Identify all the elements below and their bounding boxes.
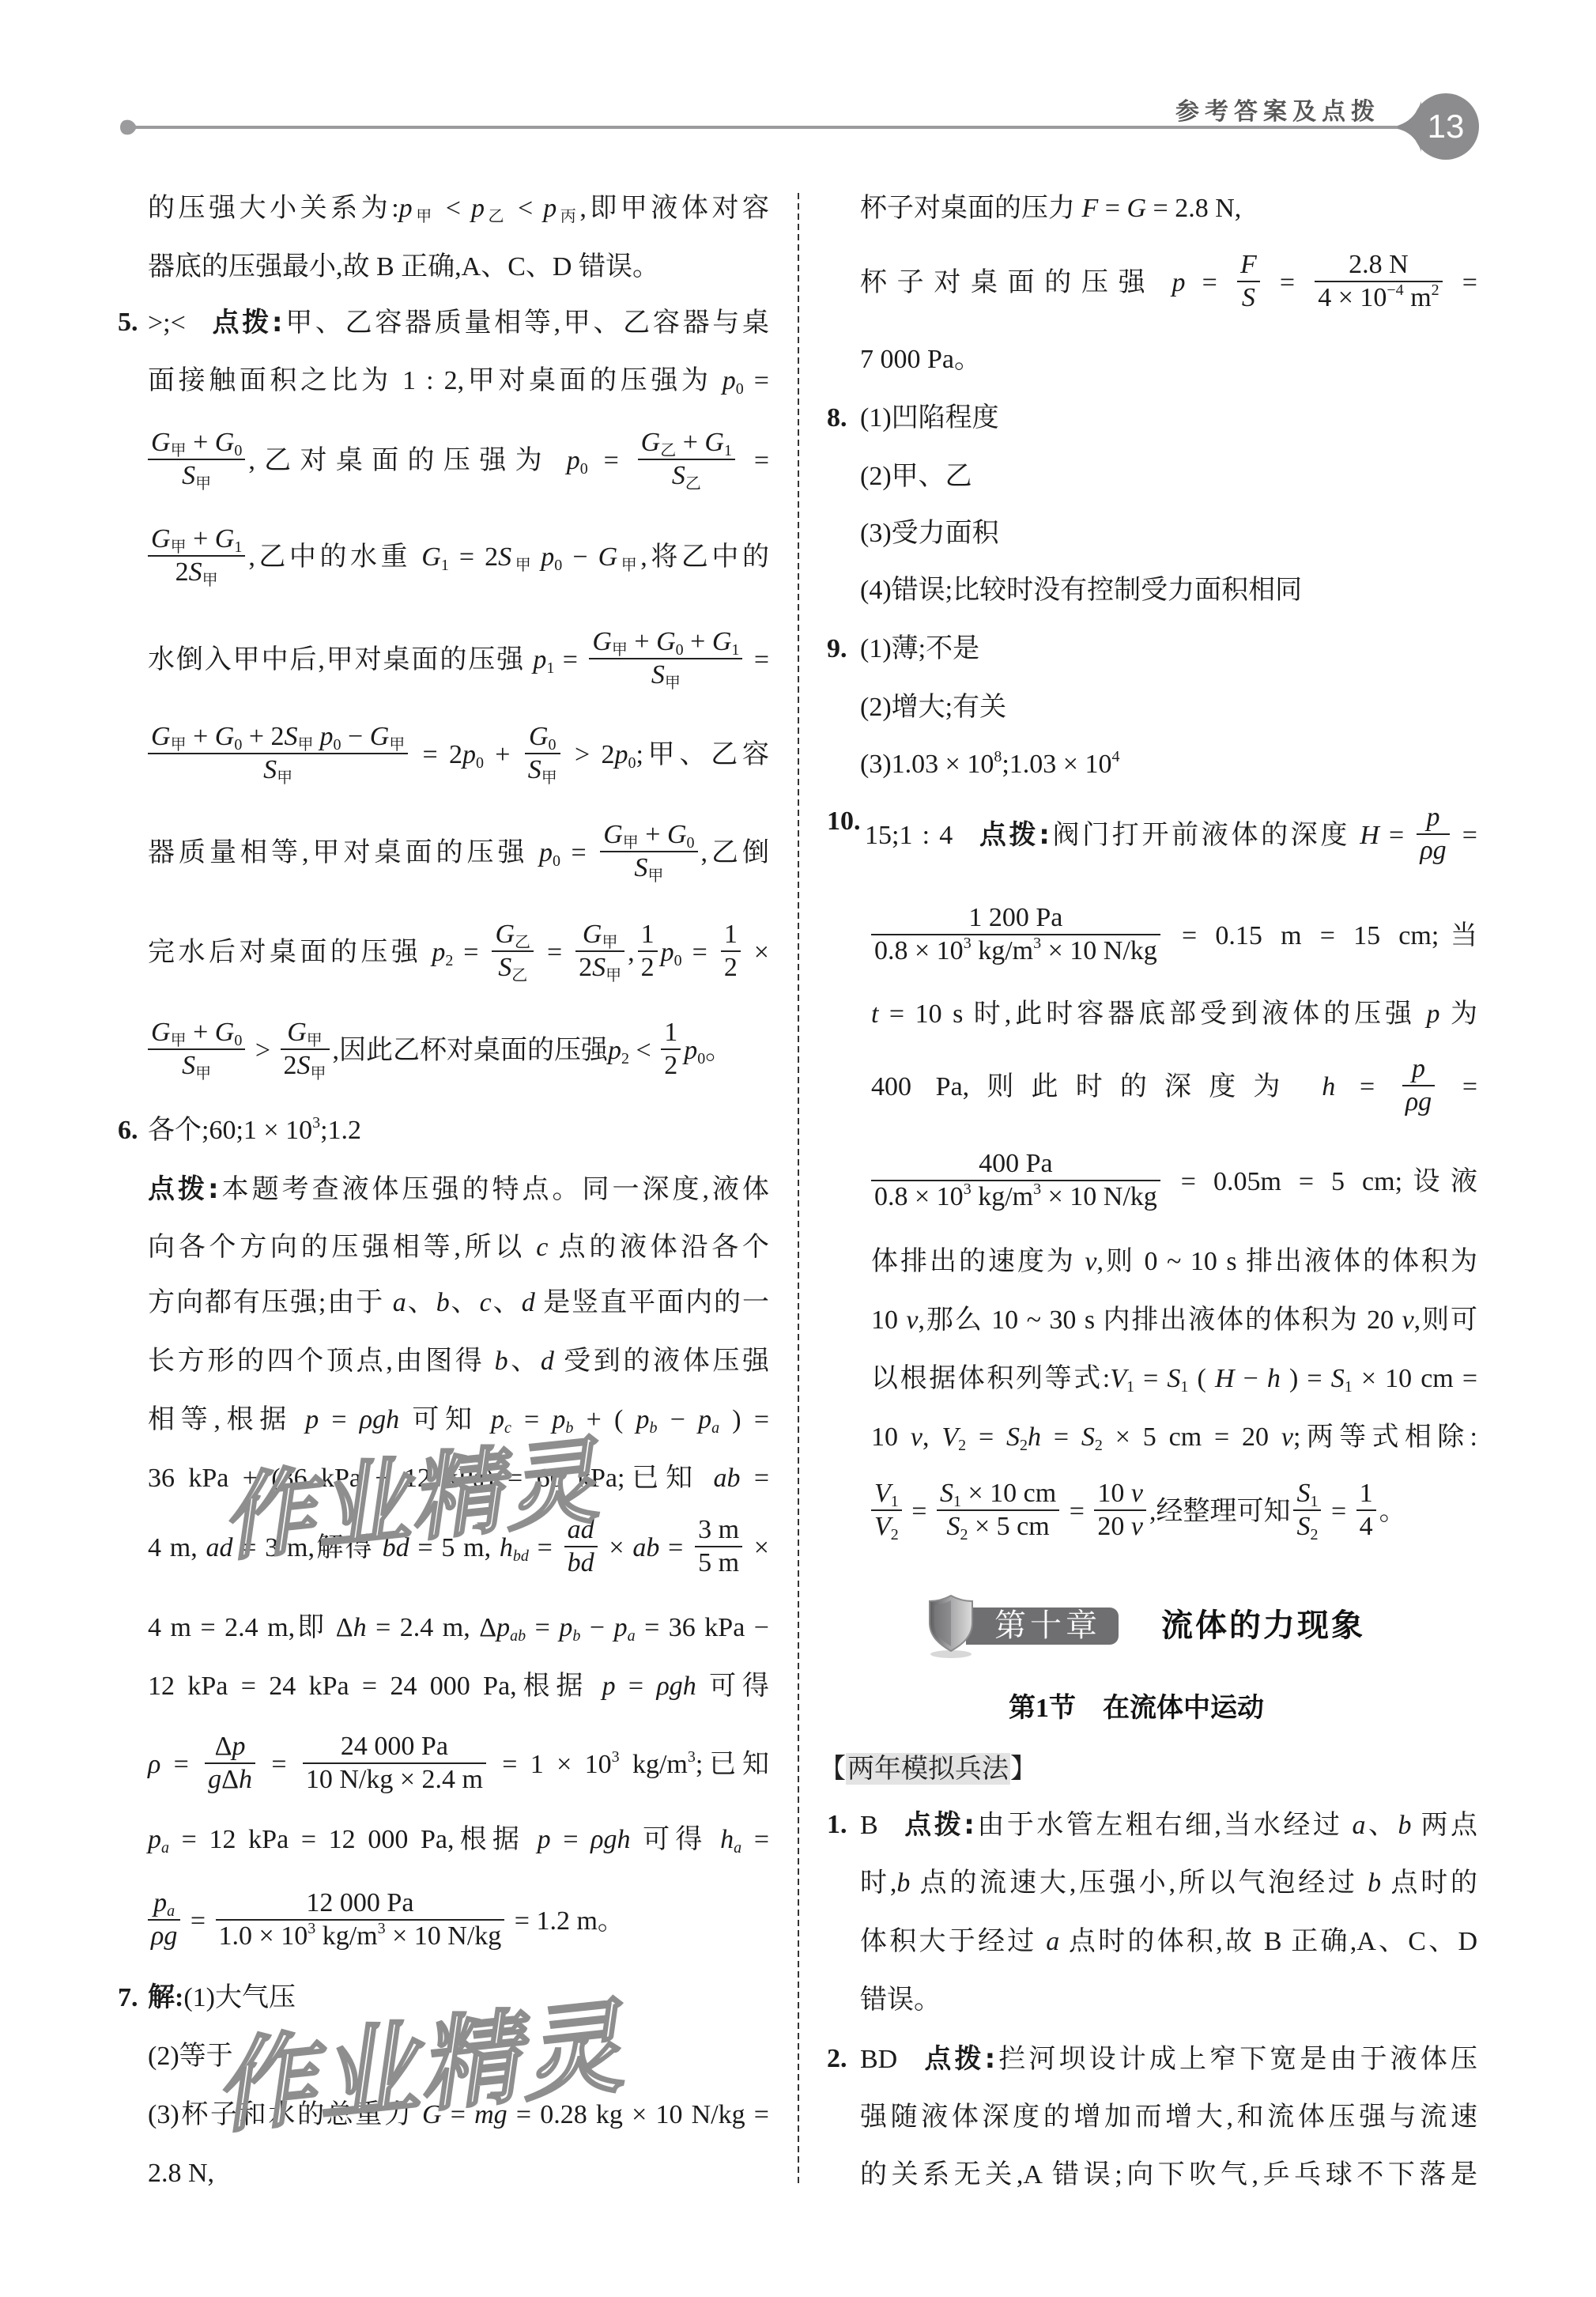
math-var: c: [480, 1288, 492, 1317]
subscript: 1: [724, 442, 732, 459]
math-var: p: [148, 1825, 161, 1854]
shield-icon: [925, 1592, 977, 1659]
answer-line-q5: 5.>;<点拨:甲、乙容器质量相等,甲、乙容器与桌: [148, 303, 769, 343]
text: =: [526, 1613, 559, 1642]
math-var: p: [305, 1405, 319, 1434]
fraction: ΔpgΔh: [205, 1731, 255, 1796]
numerator: G甲 + G0 + 2S甲p0 − G甲: [148, 721, 408, 754]
text: ,则可: [1414, 1305, 1477, 1335]
text: =: [1324, 1497, 1353, 1526]
math-var: ab: [713, 1464, 740, 1493]
text: ,即甲液体对容: [579, 194, 769, 223]
superscript: 3: [964, 935, 972, 952]
math-var: G: [215, 428, 235, 457]
math-var: v: [906, 1305, 918, 1335]
superscript: 3: [612, 1748, 620, 1766]
math-var: V: [874, 1479, 891, 1508]
subscript: 甲: [202, 572, 218, 589]
answer: >;<: [148, 308, 186, 338]
subscript: 0: [674, 952, 682, 969]
text: = 2.4 m, Δ: [367, 1613, 497, 1642]
text: =: [160, 1750, 202, 1779]
question-number: 10.: [827, 802, 861, 841]
text: ,乙中的水重: [248, 542, 421, 572]
text: = 0.28 kg × 10 N/kg =: [507, 2100, 769, 2129]
answer-line: 体积大于经过 a 点时的体积,故 B 正确,A、C、D: [860, 1922, 1477, 1962]
denominator: 1.0 × 103 kg/m3 × 10 N/kg: [216, 1921, 505, 1952]
math-var: S: [592, 953, 606, 982]
numerator: p: [1417, 802, 1449, 835]
math-var: h: [239, 1765, 252, 1794]
text: 1: [1360, 1479, 1373, 1508]
text: = 2: [449, 542, 498, 572]
fraction: 1 200 Pa0.8 × 103 kg/m3 × 10 N/kg: [871, 902, 1160, 967]
math-var: S: [263, 755, 277, 784]
math-var: v: [1131, 1512, 1143, 1541]
answer-line: 水倒入甲中后,甲对桌面的压强 p1 = G甲 + G0 + G1S甲 =: [148, 626, 769, 691]
text: =: [453, 938, 489, 967]
text: 4 m = 2.4 m,即 Δ: [148, 1613, 353, 1642]
text: −: [341, 722, 370, 751]
text: 、: [508, 1347, 541, 1376]
answer-line: 错误。: [860, 1981, 1477, 2020]
fraction: paρg: [148, 1887, 180, 1952]
math-var: mg: [474, 2100, 507, 2129]
answer-line: 相等,根据 p = ρgh 可知 pc = pb + ( pb − pa ) =: [148, 1400, 769, 1440]
subscript: 甲: [195, 475, 211, 493]
math-var: S: [1006, 1422, 1020, 1452]
subscript: 1: [1345, 1378, 1353, 1396]
math-var: p: [636, 1405, 650, 1434]
math-var: p: [559, 1613, 572, 1642]
text: ×: [745, 1533, 769, 1562]
fraction: 12: [721, 919, 741, 984]
subscript: ab: [510, 1627, 526, 1645]
math-var: G: [656, 627, 676, 656]
question-number: 5.: [118, 303, 138, 342]
fraction: 12 000 Pa1.0 × 103 kg/m3 × 10 N/kg: [216, 1887, 505, 1952]
subscript: 1: [441, 557, 449, 574]
math-var: a: [393, 1288, 406, 1317]
text: 。: [1379, 1497, 1406, 1526]
fraction: FS: [1237, 249, 1260, 314]
math-var: G: [712, 627, 732, 656]
text: <: [629, 1036, 658, 1065]
answer-line: 4 m, ad = 3 m,解得 bd = 5 m, hbd = adbd × …: [148, 1514, 769, 1579]
subscript: 0: [554, 557, 562, 574]
math-var: G: [592, 627, 612, 656]
denominator: ρg: [148, 1921, 180, 1952]
math-var: p: [684, 1036, 697, 1065]
text: 0.8 × 10: [874, 1182, 964, 1211]
hint-label: 点拨:: [209, 307, 283, 338]
subscript: 乙: [511, 967, 527, 984]
text: 点时的: [1381, 1868, 1477, 1898]
text: =: [551, 1825, 591, 1854]
math-var: p: [614, 740, 628, 769]
subscript: a: [711, 1419, 719, 1437]
math-var: G: [370, 722, 390, 751]
denominator: S: [1237, 282, 1260, 314]
answer-line: 面接触面积之比为 1 : 2,甲对桌面的压强为 p0 =: [148, 361, 769, 401]
text: 1: [664, 1018, 677, 1047]
text: =: [740, 1464, 769, 1493]
text: 、: [450, 1288, 480, 1317]
text: 的关系无关,A 错误;向下吹气,乒乓球不下落是: [860, 2160, 1477, 2189]
subscript: 甲: [665, 674, 681, 692]
math-var: v: [1402, 1305, 1414, 1335]
numerator: 3 m: [695, 1514, 742, 1547]
math-var: V: [941, 1422, 958, 1452]
subscript: 甲: [647, 867, 663, 885]
text: 面接触面积之比为 1 : 2,甲对桌面的压强为: [148, 366, 723, 395]
text: =: [1379, 821, 1414, 850]
subscript: 0: [697, 1050, 705, 1067]
denominator: 0.8 × 103 kg/m3 × 10 N/kg: [871, 1181, 1160, 1213]
math-var: b: [1398, 1811, 1411, 1840]
math-var: G: [215, 722, 235, 751]
fraction: S1S2: [1293, 1478, 1321, 1543]
math-var: G: [598, 542, 618, 572]
math-var: h: [1028, 1422, 1041, 1452]
math-var: G: [1126, 194, 1146, 223]
text: 、: [1365, 1811, 1398, 1840]
answer-line: 时,b 点的流速大,压强小,所以气泡经过 b 点时的: [860, 1864, 1477, 1903]
math-var: p: [539, 838, 553, 867]
math-var: G: [215, 1018, 235, 1047]
text: 以根据体积列等式:: [871, 1364, 1110, 1393]
math-var: S: [528, 755, 541, 784]
math-var: a: [1352, 1811, 1365, 1840]
subscript: 甲: [617, 557, 640, 574]
text: 的压强大小关系为:: [148, 194, 399, 223]
text: 。: [705, 1036, 732, 1065]
math-var: a: [1046, 1927, 1059, 1956]
math-var: G: [667, 820, 687, 849]
numerator: S1: [1293, 1478, 1321, 1511]
subscript: 乙: [515, 934, 530, 951]
answer-line: 完水后对桌面的压强 p2 = G乙S乙 = G甲2S甲,12p0 = 12 ×: [148, 919, 769, 984]
numerator: V1: [871, 1478, 902, 1511]
math-var: S: [672, 461, 685, 490]
math-var: ρ: [148, 1750, 160, 1779]
text: =: [183, 1906, 212, 1936]
text: ;甲、乙容: [636, 740, 769, 769]
section-title: 第1节 在流体中运动: [1009, 1690, 1264, 1728]
math-var: S: [1167, 1364, 1180, 1393]
denominator: S2 × 5 cm: [937, 1511, 1059, 1543]
math-var: p: [614, 1613, 628, 1642]
text: 点的液体沿各个: [548, 1233, 769, 1262]
numerator: G甲 + G0 + G1: [589, 626, 742, 659]
text: +: [639, 820, 667, 849]
answer: B: [860, 1811, 878, 1840]
text: 0.8 × 10: [874, 936, 964, 965]
numerator: G甲: [281, 1017, 330, 1050]
text: × 10 N/kg: [386, 1921, 502, 1951]
fraction: G甲 + G0S甲: [600, 819, 697, 884]
subscript: 1: [234, 538, 242, 556]
math-var: S: [1081, 1422, 1095, 1452]
math-var: p: [496, 1613, 510, 1642]
answer-line-q1: 1.B点拨:由于水管左粗右细,当水经过 a、b 两点: [860, 1805, 1477, 1846]
text: 400 Pa,则此时的深度为: [871, 1072, 1322, 1101]
subscript: 0: [234, 736, 242, 754]
math-var: p: [153, 1888, 167, 1917]
denominator: 4: [1356, 1511, 1376, 1543]
text: 水倒入甲中后,甲对桌面的压强: [148, 645, 533, 674]
text: ,因此乙杯对桌面的压强: [333, 1036, 609, 1065]
answer-line: 方向都有压强;由于 a、b、c、d 是竖直平面内的一: [148, 1283, 769, 1323]
text: +: [187, 1018, 215, 1047]
math-var: F: [1082, 194, 1099, 223]
math-var: ad: [568, 1515, 594, 1544]
answer-line: 长方形的四个顶点,由图得 b、d 受到的液体压强: [148, 1342, 769, 1381]
subscript: 甲: [413, 208, 436, 225]
math-var: V: [874, 1512, 891, 1541]
denominator: 0.8 × 103 kg/m3 × 10 N/kg: [871, 935, 1160, 967]
text: 400 Pa: [979, 1149, 1053, 1178]
fraction: pρg: [1417, 802, 1449, 867]
answer-line: 器底的压强最小,故 B 正确,A、C、D 错误。: [148, 247, 769, 287]
denominator: S2: [1293, 1511, 1321, 1543]
denominator: 2S甲: [281, 1050, 330, 1082]
text: =: [682, 938, 718, 967]
math-var: ab: [632, 1533, 659, 1562]
math-var: F: [1240, 250, 1257, 279]
text: 5 m: [698, 1548, 739, 1577]
subscript: 甲: [311, 1065, 326, 1082]
text: 2: [641, 953, 655, 982]
denominator: 2: [661, 1050, 681, 1082]
math-var: p: [471, 194, 485, 223]
math-var: p: [698, 1405, 711, 1434]
text: =: [511, 1405, 553, 1434]
text: −: [562, 542, 598, 572]
subscript: 0: [476, 754, 484, 772]
math-var: S: [297, 1051, 311, 1080]
subscript: a: [161, 1839, 169, 1857]
subscript: 0: [676, 641, 684, 659]
subscript: 甲: [298, 736, 314, 754]
fraction: adbd: [564, 1514, 598, 1579]
text: (: [1188, 1364, 1215, 1393]
math-var: S: [1331, 1364, 1345, 1393]
answer-line: 点拨:本题考查液体压强的特点。同一深度,液体: [148, 1169, 769, 1210]
text: ;1.03 × 10: [1002, 750, 1111, 779]
denominator: 4 × 10−4 m2: [1315, 282, 1442, 314]
answer-line: G甲 + G0S甲 > G甲2S甲,因此乙杯对桌面的压强p2 < 12p0。: [148, 1017, 769, 1082]
fraction: 12: [638, 919, 658, 984]
math-var: S: [182, 461, 195, 490]
fraction: 10 v20 v: [1094, 1478, 1146, 1543]
subscript: b: [650, 1419, 658, 1437]
math-var: p: [552, 1405, 565, 1434]
text: (3)1.03 × 10: [860, 750, 994, 779]
text: =: [560, 838, 597, 867]
math-var: G: [151, 722, 171, 751]
superscript: 4: [1111, 748, 1119, 765]
answer-line: pa = 12 kPa = 12 000 Pa,根据 p = ρgh 可得 ha…: [148, 1820, 769, 1860]
header-rule: [0, 0, 1596, 182]
text: 、: [406, 1288, 436, 1317]
text: 10 N/kg × 2.4 m: [306, 1765, 483, 1794]
text: (3)受力面积: [860, 519, 999, 548]
fraction: S1 × 10 cmS2 × 5 cm: [937, 1478, 1059, 1543]
text: = 0.05m = 5 cm;设液: [1164, 1167, 1477, 1196]
math-var: b: [896, 1868, 910, 1898]
answer-line: 7 000 Pa。: [860, 340, 1477, 380]
answer-line: 器质量相等,甲对桌面的压强 p0 = G甲 + G0S甲,乙倒: [148, 819, 769, 884]
hint-label: 点拨:: [902, 1809, 975, 1841]
denominator: S甲: [148, 460, 245, 492]
answer-line-q8: 8.(1)凹陷程度: [860, 399, 1477, 438]
text: 20: [1097, 1512, 1131, 1541]
answer: 15;1 : 4: [865, 821, 953, 850]
subscript: 0: [628, 754, 636, 772]
text: =: [588, 446, 635, 475]
math-var: p: [320, 722, 334, 751]
subscript: 甲: [606, 967, 621, 984]
math-var: p: [1412, 1054, 1425, 1083]
math-var: G: [151, 1018, 171, 1047]
text: 错误。: [860, 1985, 941, 2015]
numerator: G甲 + G0: [600, 819, 697, 852]
text: ,乙倒: [701, 838, 770, 867]
subscript: 甲: [612, 641, 628, 659]
text: 各个;60;1 × 10: [148, 1116, 312, 1145]
text: +: [187, 524, 215, 553]
text: =: [442, 2100, 475, 2129]
text: 杯子对桌面的压力: [860, 194, 1082, 223]
text: =: [537, 938, 572, 967]
text: 7 000 Pa。: [860, 345, 981, 374]
answer-line: 的压强大小关系为:p甲 < p乙 < p丙,即甲液体对容: [148, 189, 769, 229]
text: 1.0 × 10: [219, 1921, 308, 1951]
math-var: v: [1281, 1422, 1293, 1452]
subscript: 2: [621, 1050, 629, 1067]
text: ,则 0 ~ 10 s 排出液体的体积为: [1097, 1247, 1477, 1276]
text: 时,: [860, 1868, 896, 1898]
text: m: [1404, 283, 1432, 312]
text: 4 m,: [148, 1533, 206, 1562]
math-var: v: [1131, 1479, 1143, 1508]
text: ,那么 10 ~ 30 s 内排出液体的体积为 20: [919, 1305, 1402, 1335]
subscript: 1: [953, 1493, 961, 1510]
numerator: 12 000 Pa: [216, 1887, 505, 1921]
text: =: [1335, 1072, 1399, 1101]
numerator: 1: [638, 919, 658, 952]
math-var: ρgh: [360, 1405, 399, 1434]
math-var: G: [151, 428, 171, 457]
math-var: S: [285, 722, 298, 751]
text: ;两等式相除:: [1293, 1422, 1477, 1452]
text: 器质量相等,甲对桌面的压强: [148, 838, 539, 867]
math-var: G: [422, 2100, 442, 2129]
subscript: 0: [234, 442, 242, 459]
fraction: G甲 + G0S甲: [148, 427, 245, 492]
math-var: S: [1296, 1479, 1310, 1508]
denominator: 2S甲: [575, 952, 624, 984]
text: 3 m: [698, 1515, 739, 1544]
answer-line: 4 m = 2.4 m,即 Δh = 2.4 m, Δpab = pb − pa…: [148, 1608, 769, 1648]
math-var: p: [232, 1732, 246, 1761]
header-rule-dot: [120, 120, 136, 135]
subscript: a: [734, 1839, 741, 1857]
math-var: G: [641, 428, 661, 457]
subscript: 2: [960, 1526, 968, 1543]
denominator: S甲: [589, 659, 742, 691]
answer-line: 10 v, V2 = S2h = S2 × 5 cm = 20 v;两等式相除:: [871, 1418, 1477, 1457]
text: = 3 m,解得: [233, 1533, 383, 1562]
fraction: G甲 + G0S甲: [148, 1017, 245, 1082]
text: + 2: [242, 722, 284, 751]
math-var: G: [287, 1018, 307, 1047]
subscript: bd: [513, 1547, 529, 1565]
subscript: b: [565, 1419, 573, 1437]
subscript: 0: [553, 852, 560, 870]
subscript: 2: [1310, 1526, 1318, 1543]
answer-line-q9: 9.(1)薄;不是: [860, 629, 1477, 669]
numerator: G乙 + G1: [638, 427, 735, 460]
text: 10: [871, 1305, 906, 1335]
text: +: [628, 627, 656, 656]
text: =: [659, 1533, 692, 1562]
superscript: 3: [312, 1114, 320, 1131]
text: =: [1185, 268, 1234, 297]
fraction: V1V2: [871, 1478, 902, 1543]
text: +: [187, 722, 215, 751]
superscript: 2: [1432, 281, 1439, 299]
page-number: 13: [1413, 107, 1479, 146]
text: =: [966, 1422, 1006, 1452]
text: = 1.2 m。: [507, 1906, 624, 1936]
math-var: h: [500, 1533, 513, 1562]
text: ×: [601, 1533, 633, 1562]
text: 杯子对桌面的压强: [860, 268, 1172, 297]
question-number: 7.: [118, 1978, 138, 2018]
text: =: [258, 1750, 300, 1779]
text: =: [745, 645, 769, 674]
text: −: [580, 1613, 613, 1642]
math-var: g: [208, 1765, 221, 1794]
fraction: pρg: [1402, 1053, 1435, 1118]
fraction: G甲 + G0 + G1S甲: [589, 626, 742, 691]
answer-line: 以根据体积列等式:V1 = S1 ( H − h ) = S1 × 10 cm …: [871, 1359, 1477, 1399]
numerator: G乙: [492, 919, 534, 952]
text: =: [1098, 194, 1126, 223]
answer-line: 12 kPa = 24 kPa = 24 000 Pa,根据 p = ρgh 可…: [148, 1667, 769, 1706]
text: 1: [641, 920, 655, 949]
superscript: −4: [1387, 281, 1403, 299]
text: kg/m: [315, 1921, 377, 1951]
text: = 2.8 N,: [1146, 194, 1241, 223]
answer-line: G甲 + G12S甲,乙中的水重 G1 = 2S甲p0 − G甲,将乙中的: [148, 523, 769, 588]
text: =: [1134, 1364, 1167, 1393]
subscript: 2: [1020, 1437, 1028, 1454]
answer-line: G甲 + G0 + 2S甲p0 − G甲S甲 = 2p0 + G0S甲 > 2p…: [148, 721, 769, 786]
denominator: gΔh: [205, 1764, 255, 1796]
math-var: h: [720, 1825, 734, 1854]
text: 拦河坝设计成上窄下宽是由于液体压: [995, 2045, 1477, 2074]
text: ,将乙中的: [640, 542, 769, 572]
text: = 0.15 m = 15 cm;当: [1164, 921, 1477, 950]
subscript: 甲: [171, 736, 187, 754]
answer-line-q6: 6.各个;60;1 × 103;1.2: [148, 1111, 769, 1150]
chapter-badge: 第十章: [966, 1608, 1119, 1645]
math-var: p: [543, 194, 557, 223]
math-var: v: [1085, 1247, 1096, 1276]
